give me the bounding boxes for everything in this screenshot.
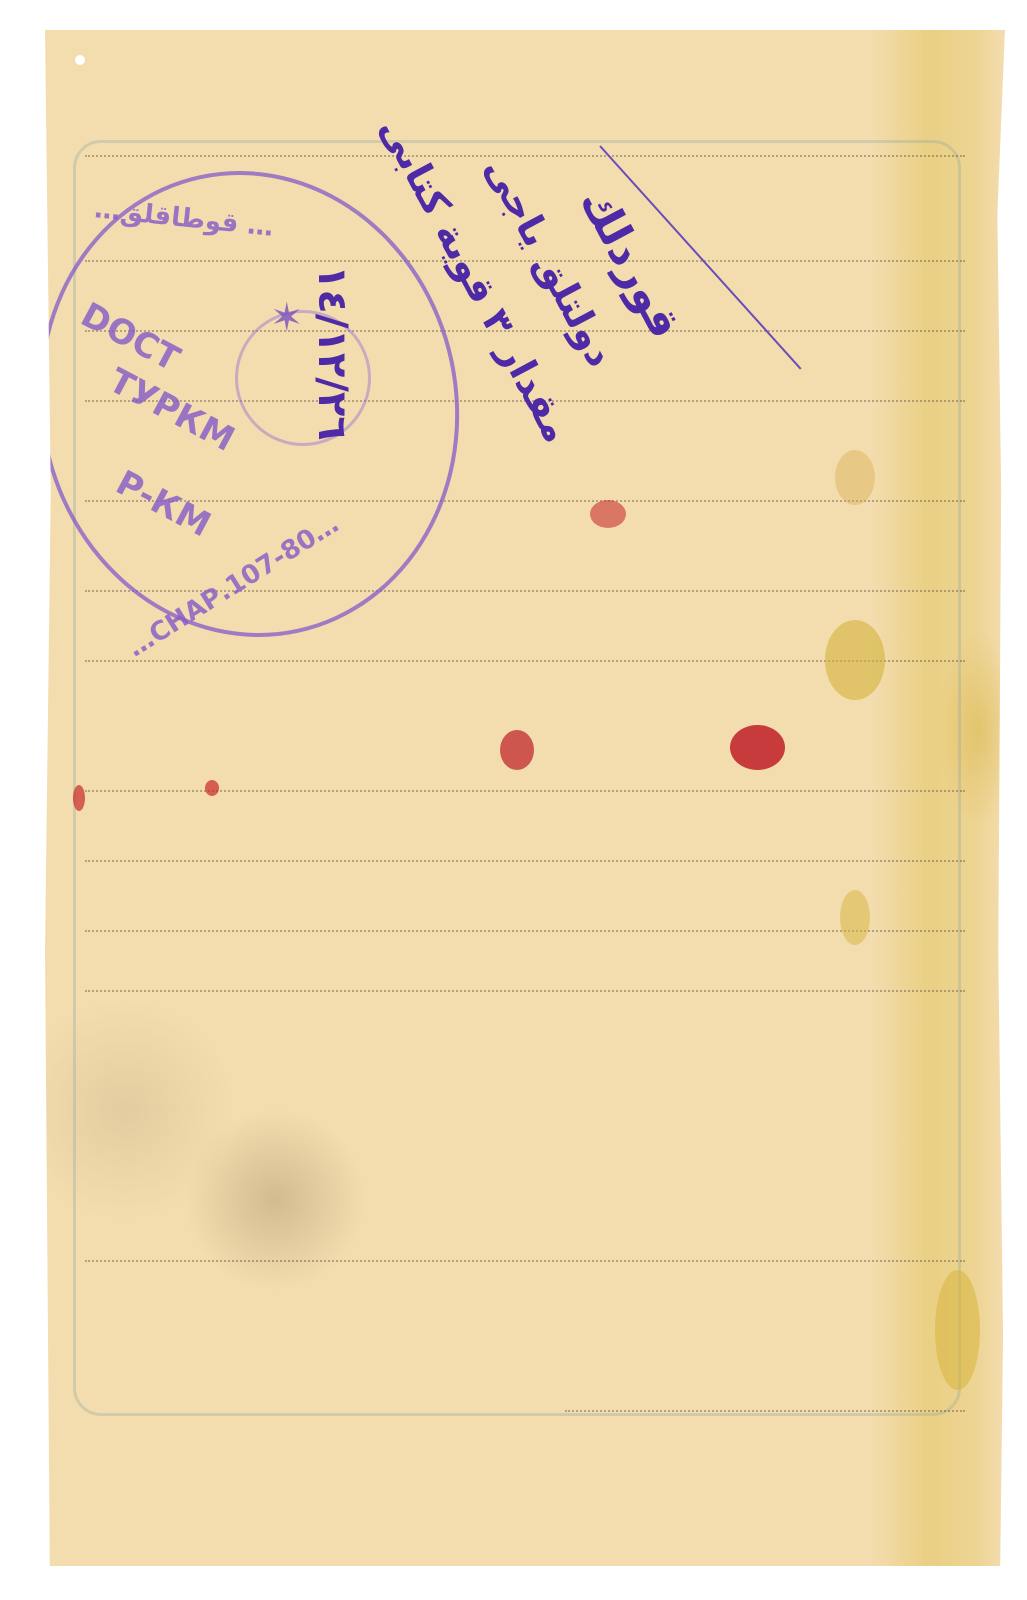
star-icon: ✶	[270, 298, 304, 338]
ruled-line	[85, 155, 965, 157]
handwritten-date: ١٤/١٢/٢٦	[309, 265, 355, 441]
stamp-arc-top-text: …قوطاقلق …	[93, 194, 275, 243]
yellow-stain	[825, 620, 885, 700]
punch-hole	[75, 55, 85, 65]
red-stain	[590, 500, 626, 528]
ruled-line	[85, 1260, 965, 1262]
stamp-line-2: ТУРКМ	[102, 361, 241, 460]
document-page: …قوطاقلق … DOCT ТУРКМ Р-КМ …СНАР.107-80……	[45, 30, 1005, 1566]
red-stain	[500, 730, 534, 770]
ruled-line	[565, 1410, 965, 1412]
red-stain	[730, 725, 785, 770]
yellow-stain	[835, 450, 875, 505]
yellow-stain	[840, 890, 870, 945]
red-stain	[205, 780, 219, 796]
ruled-line	[85, 860, 965, 862]
stamp-line-3: Р-КМ	[109, 463, 217, 546]
ruled-line	[85, 990, 965, 992]
ruled-line	[85, 930, 965, 932]
red-stain	[73, 785, 85, 811]
yellow-stain	[935, 1270, 980, 1390]
